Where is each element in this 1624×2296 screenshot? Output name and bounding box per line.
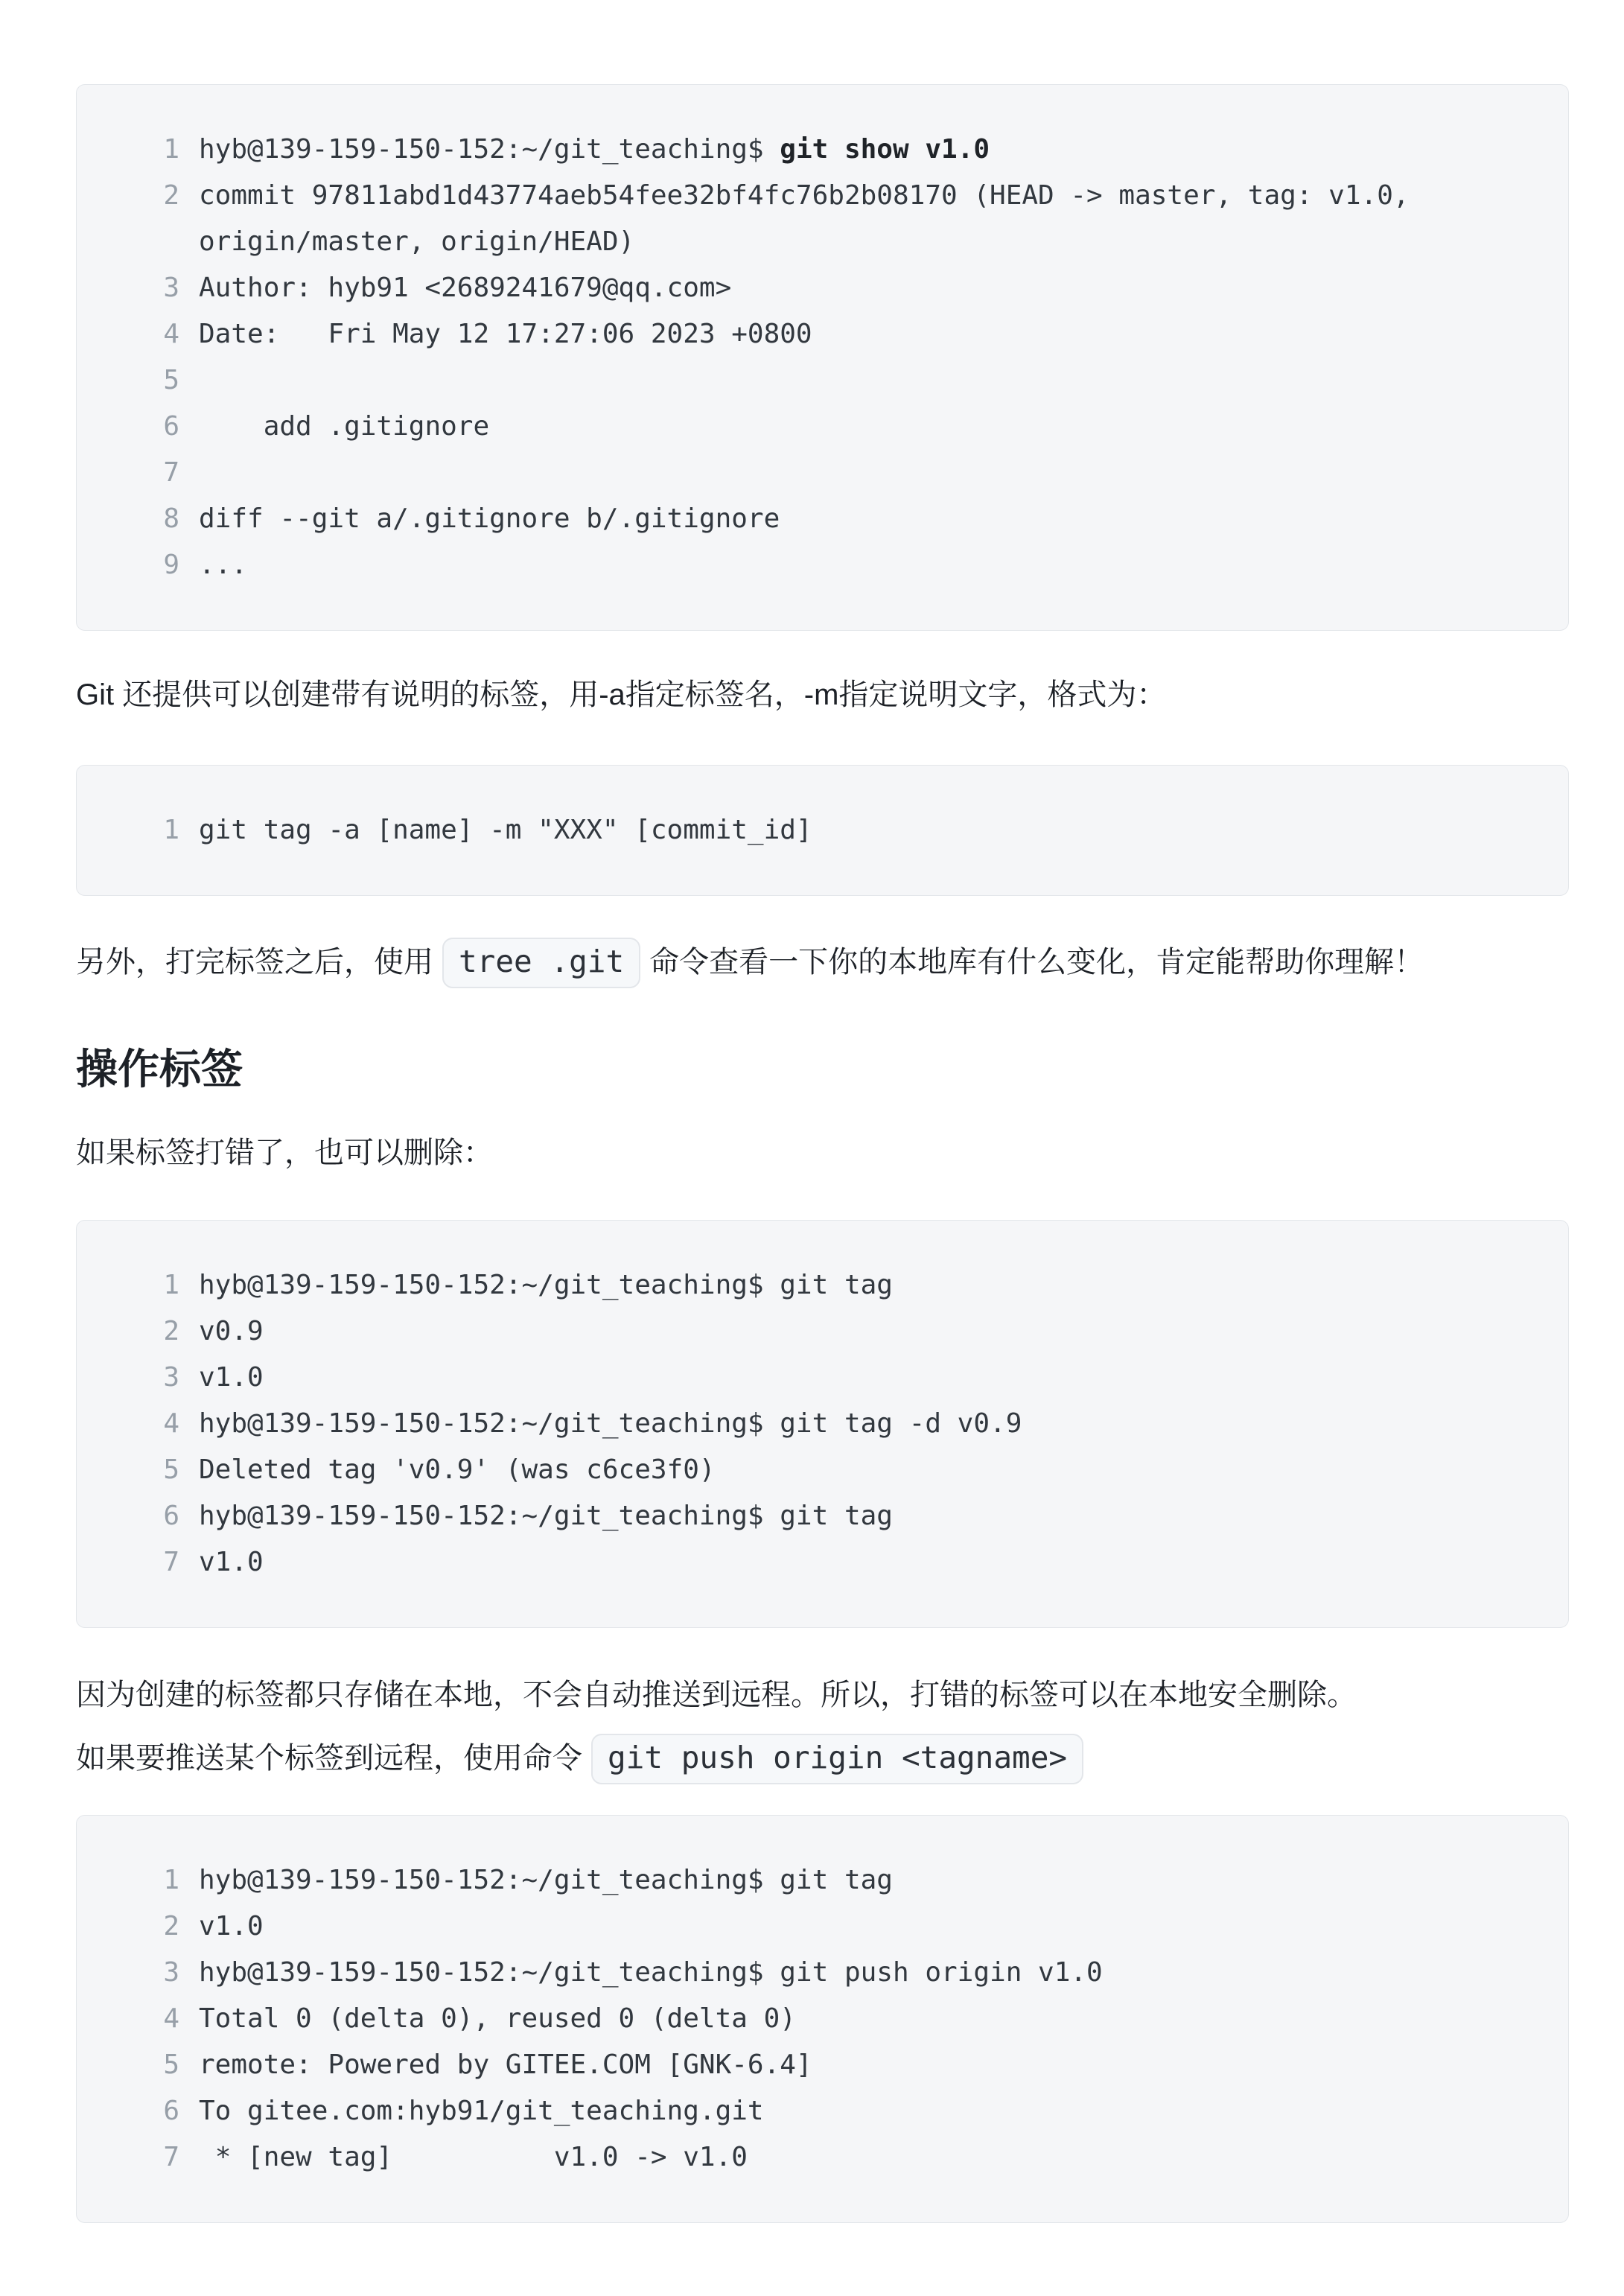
line-number: 3	[77, 265, 199, 311]
code-line: 7v1.0	[77, 1539, 1532, 1586]
line-number: 1	[77, 127, 199, 173]
code-text: hyb@139-159-150-152:~/git_teaching$ git …	[199, 1262, 1532, 1308]
code-line: 5remote: Powered by GITEE.COM [GNK-6.4]	[77, 2042, 1532, 2088]
line-number: 9	[77, 542, 199, 588]
paragraph-text-before: 如果要推送某个标签到远程，使用命令	[76, 1742, 582, 1775]
line-number: 4	[77, 1996, 199, 2042]
paragraph-text-before: 另外，打完标签之后，使用	[76, 946, 433, 979]
code-text	[199, 357, 1532, 404]
line-number: 2	[77, 173, 199, 219]
code-line: 5Deleted tag 'v0.9' (was c6ce3f0)	[77, 1447, 1532, 1493]
code-text: diff --git a/.gitignore b/.gitignore	[199, 496, 1532, 542]
line-number: 7	[77, 2134, 199, 2181]
line-number: 1	[77, 807, 199, 853]
code-text: ...	[199, 542, 1532, 588]
paragraph-tree-git-tip: 另外，打完标签之后，使用tree .git命令查看一下你的本地库有什么变化，肯定…	[76, 938, 1569, 986]
line-number: 2	[77, 1904, 199, 1950]
code-text: hyb@139-159-150-152:~/git_teaching$ git …	[199, 1950, 1532, 1996]
code-text: v1.0	[199, 1904, 1532, 1950]
code-block-git-tag-delete: 1hyb@139-159-150-152:~/git_teaching$ git…	[76, 1220, 1569, 1628]
code-line: 4Total 0 (delta 0), reused 0 (delta 0)	[77, 1996, 1532, 2042]
line-number: 4	[77, 1401, 199, 1447]
line-number: 4	[77, 311, 199, 357]
code-line: 8diff --git a/.gitignore b/.gitignore	[77, 496, 1532, 542]
code-line: 6To gitee.com:hyb91/git_teaching.git	[77, 2088, 1532, 2134]
code-text: add .gitignore	[199, 404, 1532, 450]
paragraph-text-after: 命令查看一下你的本地库有什么变化，肯定能帮助你理解！	[649, 946, 1424, 979]
line-number: 1	[77, 1857, 199, 1904]
section-heading-operate-tags: 操作标签	[76, 1043, 1569, 1096]
line-number: 5	[77, 357, 199, 404]
code-line: 1git tag -a [name] -m "XXX" [commit_id]	[77, 807, 1532, 853]
code-text: hyb@139-159-150-152:~/git_teaching$ git …	[199, 127, 1532, 173]
code-line: 3hyb@139-159-150-152:~/git_teaching$ git…	[77, 1950, 1532, 1996]
code-text: Date: Fri May 12 17:27:06 2023 +0800	[199, 311, 1532, 357]
code-line: 6 add .gitignore	[77, 404, 1532, 450]
code-text: Deleted tag 'v0.9' (was c6ce3f0)	[199, 1447, 1532, 1493]
line-number: 6	[77, 1493, 199, 1539]
code-line: 6hyb@139-159-150-152:~/git_teaching$ git…	[77, 1493, 1532, 1539]
line-number: 7	[77, 450, 199, 496]
line-number: 6	[77, 2088, 199, 2134]
code-text: * [new tag] v1.0 -> v1.0	[199, 2134, 1532, 2181]
code-text: hyb@139-159-150-152:~/git_teaching$ git …	[199, 1493, 1532, 1539]
code-text: v0.9	[199, 1308, 1532, 1355]
code-text: v1.0	[199, 1355, 1532, 1401]
line-number: 7	[77, 1539, 199, 1586]
code-text: Total 0 (delta 0), reused 0 (delta 0)	[199, 1996, 1532, 2042]
code-line: 2commit 97811abd1d43774aeb54fee32bf4fc76…	[77, 173, 1532, 265]
code-line: 7	[77, 450, 1532, 496]
code-text: To gitee.com:hyb91/git_teaching.git	[199, 2088, 1532, 2134]
code-block-git-tag-annotated-syntax: 1git tag -a [name] -m "XXX" [commit_id]	[76, 765, 1569, 896]
line-number: 2	[77, 1308, 199, 1355]
code-line: 4hyb@139-159-150-152:~/git_teaching$ git…	[77, 1401, 1532, 1447]
code-text: hyb@139-159-150-152:~/git_teaching$ git …	[199, 1857, 1532, 1904]
line-number: 5	[77, 1447, 199, 1493]
article-content: 1hyb@139-159-150-152:~/git_teaching$ git…	[76, 0, 1569, 2223]
code-line: 7 * [new tag] v1.0 -> v1.0	[77, 2134, 1532, 2181]
paragraph-local-tags-note: 因为创建的标签都只存储在本地，不会自动推送到远程。所以，打错的标签可以在本地安全…	[76, 1671, 1569, 1719]
code-line: 1hyb@139-159-150-152:~/git_teaching$ git…	[77, 127, 1532, 173]
code-line: 2v1.0	[77, 1904, 1532, 1950]
code-block-git-show: 1hyb@139-159-150-152:~/git_teaching$ git…	[76, 84, 1569, 631]
paragraph-push-tag-command: 如果要推送某个标签到远程，使用命令git push origin <tagnam…	[76, 1734, 1569, 1782]
line-number: 1	[77, 1262, 199, 1308]
code-line: 1hyb@139-159-150-152:~/git_teaching$ git…	[77, 1857, 1532, 1904]
code-line: 9...	[77, 542, 1532, 588]
inline-code-tree-git: tree .git	[442, 938, 640, 988]
code-line: 1hyb@139-159-150-152:~/git_teaching$ git…	[77, 1262, 1532, 1308]
line-number: 8	[77, 496, 199, 542]
code-line: 4Date: Fri May 12 17:27:06 2023 +0800	[77, 311, 1532, 357]
line-number: 3	[77, 1355, 199, 1401]
paragraph-annotated-tag-intro: Git 还提供可以创建带有说明的标签，用-a指定标签名，-m指定说明文字，格式为…	[76, 671, 1569, 719]
paragraph-delete-tag-intro: 如果标签打错了，也可以删除：	[76, 1129, 1569, 1177]
inline-code-git-push-origin-tagname: git push origin <tagname>	[591, 1734, 1083, 1784]
code-line: 3Author: hyb91 <2689241679@qq.com>	[77, 265, 1532, 311]
code-text: hyb@139-159-150-152:~/git_teaching$ git …	[199, 1401, 1532, 1447]
code-text: v1.0	[199, 1539, 1532, 1586]
code-text: Author: hyb91 <2689241679@qq.com>	[199, 265, 1532, 311]
code-block-git-push-tag: 1hyb@139-159-150-152:~/git_teaching$ git…	[76, 1815, 1569, 2223]
code-line: 3v1.0	[77, 1355, 1532, 1401]
code-line: 5	[77, 357, 1532, 404]
code-text: remote: Powered by GITEE.COM [GNK-6.4]	[199, 2042, 1532, 2088]
code-text: git tag -a [name] -m "XXX" [commit_id]	[199, 807, 1532, 853]
line-number: 3	[77, 1950, 199, 1996]
line-number: 5	[77, 2042, 199, 2088]
code-text	[199, 450, 1532, 496]
line-number: 6	[77, 404, 199, 450]
code-text: commit 97811abd1d43774aeb54fee32bf4fc76b…	[199, 173, 1532, 265]
code-line: 2v0.9	[77, 1308, 1532, 1355]
